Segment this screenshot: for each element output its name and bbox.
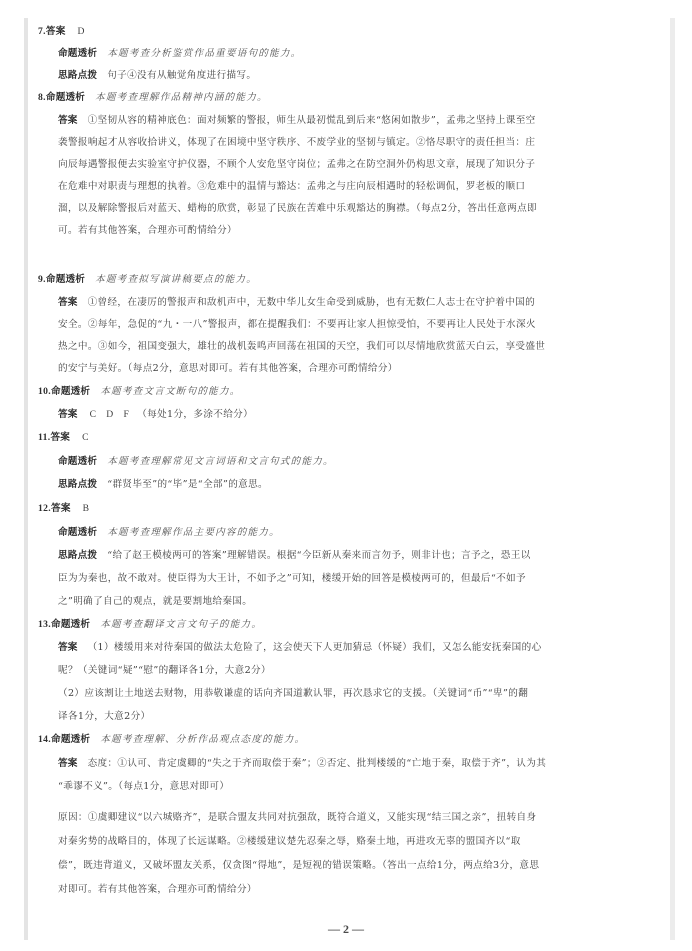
answer-text: ①曾经，在凄厉的警报声和敌机声中，无数中华儿女生命受到威胁，也有无数仁人志士在守…: [88, 297, 535, 308]
question-number: 13.: [38, 619, 51, 630]
reason-text-line: 对秦劣势的战略目的，体现了长远谋略。②楼缓建议楚先忍秦之辱，赂秦土地，再进攻无辜…: [58, 836, 521, 848]
answer-text-line: 呢？（关键词“疑”“慰”的翻译各1分，大意2分）: [58, 665, 271, 677]
q11-answer-line: 11.答案C: [38, 432, 89, 444]
answer-text-line: 的安宁与美好。（每点2分，意思对即可。若有其他答案，合理亦可酌情给分）: [58, 363, 398, 375]
hint-text-line: 臣为为秦也，故不敢对。使臣得为大王计，不如予之”可知，楼缓开始的回答是模棱两可的…: [58, 573, 526, 585]
hint-label: 思路点拨: [58, 70, 97, 81]
question-number: 9.: [38, 274, 46, 285]
analysis-text: 本题考查拟写演讲稿要点的能力。: [95, 274, 257, 285]
answer-text-line: “乖谬不义”。（每点1分，意思对即可）: [58, 781, 229, 793]
analysis-label: 命题透析: [58, 48, 97, 59]
answer-value: C: [82, 432, 89, 443]
analysis-label: 命题透析: [58, 527, 97, 538]
answer-text-line: 热之中。③如今，祖国变强大，雄壮的战机轰鸣声回荡在祖国的天空，我们可以尽情地欣赏…: [58, 341, 545, 353]
page-number: — 2 —: [0, 922, 692, 937]
q13-analysis-line: 13.命题透析本题考查翻译文言文句子的能力。: [38, 619, 262, 631]
q7-answer-line: 7.答案D: [38, 26, 85, 38]
analysis-label: 命题透析: [51, 386, 90, 397]
answer-label: 答案: [58, 409, 78, 420]
question-number: 11.: [38, 432, 51, 443]
analysis-text: 本题考查文言文断句的能力。: [100, 386, 240, 397]
answer-label: 答案: [58, 758, 78, 769]
q8-analysis-line: 8.命题透析本题考查理解作品精神内涵的能力。: [38, 92, 268, 104]
q12-answer-line: 12.答案B: [38, 503, 89, 515]
answer-text-line: 向辰每遇警报便去实验室守护仪器，不顾个人安危坚守岗位；孟弗之在防空洞外仍构思文章…: [58, 159, 535, 171]
q11-hint-line: 思路点拨“群贤毕至”的“毕”是“全部”的意思。: [58, 479, 268, 491]
answer-value: C D F: [90, 409, 130, 420]
answer-text: ①坚韧从容的精神底色：面对频繁的警报，师生从最初慌乱到后来“悠闲如散步”，孟弗之…: [88, 115, 536, 126]
q9-answer-line: 答案①曾经，在凄厉的警报声和敌机声中，无数中华儿女生命受到威胁，也有无数仁人志士…: [58, 297, 535, 309]
reason-text-line: 偿”，既违背道义，又破坏盟友关系，仅贪图“得地”，是短视的错误策略。（答出一点给…: [58, 860, 539, 872]
q11-analysis-line: 命题透析本题考查理解常见文言词语和文言句式的能力。: [58, 456, 334, 468]
analysis-label: 命题透析: [58, 456, 97, 467]
analysis-text: 本题考查翻译文言文句子的能力。: [100, 619, 262, 630]
q7-analysis-line: 命题透析本题考查分析鉴赏作品重要语句的能力。: [58, 48, 301, 60]
answer-label: 答案: [46, 26, 66, 37]
analysis-text: 本题考查理解、分析作品观点态度的能力。: [100, 734, 305, 745]
answer-text: 态度：①认可、肯定虞卿的“失之于齐而取偿于秦”；②否定、批判楼缓的“亡地于秦，取…: [88, 758, 547, 769]
q14-answer-line: 答案态度：①认可、肯定虞卿的“失之于齐而取偿于秦”；②否定、批判楼缓的“亡地于秦…: [58, 758, 546, 770]
answer-text-line: 译各1分，大意2分）: [58, 711, 150, 723]
answer-label: 答案: [58, 115, 78, 126]
q12-hint-line: 思路点拨“给了赵王模棱两可的答案”理解错误。根据“今臣新从秦来而言勿予，则非计也…: [58, 550, 531, 562]
analysis-label: 命题透析: [46, 274, 85, 285]
q9-analysis-line: 9.命题透析本题考查拟写演讲稿要点的能力。: [38, 274, 257, 286]
reason-text-line: 对即可。若有其他答案，合理亦可酌情给分）: [58, 884, 257, 896]
hint-text: 句子④没有从触觉角度进行描写。: [107, 70, 256, 81]
q12-analysis-line: 命题透析本题考查理解作品主要内容的能力。: [58, 527, 280, 539]
answer-label: 答案: [51, 432, 71, 443]
question-number: 10.: [38, 386, 51, 397]
answer-value: B: [83, 503, 90, 514]
answer-text: （1）楼缓用来对待秦国的做法太危险了，这会使天下人更加猜忌（怀疑）我们，又怎么能…: [88, 642, 542, 653]
analysis-text: 本题考查理解作品主要内容的能力。: [107, 527, 280, 538]
question-number: 12.: [38, 503, 51, 514]
hint-text: “群贤毕至”的“毕”是“全部”的意思。: [107, 479, 268, 490]
hint-label: 思路点拨: [58, 550, 97, 561]
q10-analysis-line: 10.命题透析本题考查文言文断句的能力。: [38, 386, 241, 398]
answer-text-line: （2）应该割让土地送去财物，用恭敬谦虚的话向齐国道歉认罪，再次恳求它的支援。（关…: [58, 688, 528, 700]
document-page: 7.答案D 命题透析本题考查分析鉴赏作品重要语句的能力。 思路点拨句子④没有从触…: [24, 18, 675, 940]
analysis-label: 命题透析: [46, 92, 85, 103]
question-number: 7.: [38, 26, 46, 37]
hint-label: 思路点拨: [58, 479, 97, 490]
answer-value: D: [78, 26, 85, 37]
analysis-label: 命题透析: [51, 734, 90, 745]
answer-label: 答案: [58, 642, 78, 653]
answer-text-line: 安全。②每年，急促的“九・一八”警报声，都在提醒我们：不要再让家人担惊受怕，不要…: [58, 319, 536, 331]
answer-note: （每处1分，多涂不给分）: [137, 409, 253, 420]
analysis-label: 命题透析: [51, 619, 90, 630]
question-number: 14.: [38, 734, 51, 745]
q13-answer-line: 答案（1）楼缓用来对待秦国的做法太危险了，这会使天下人更加猜忌（怀疑）我们，又怎…: [58, 642, 542, 654]
answer-text-line: 可。若有其他答案，合理亦可酌情给分）: [58, 225, 237, 237]
answer-text-line: 在危难中对职责与理想的执着。③危难中的温情与豁达：孟弗之与庄向辰相遇时的轻松调侃…: [58, 181, 525, 193]
answer-text-line: 袭警报响起才从容收拾讲义，体现了在困境中坚守秩序、不废学业的坚韧与镇定。②恪尽职…: [58, 137, 535, 149]
q7-hint-line: 思路点拨句子④没有从触觉角度进行描写。: [58, 70, 256, 82]
answer-label: 答案: [51, 503, 71, 514]
hint-text: “给了赵王模棱两可的答案”理解错误。根据“今臣新从秦来而言勿予，则非计也；言予之…: [107, 550, 530, 561]
question-number: 8.: [38, 92, 46, 103]
analysis-text: 本题考查分析鉴赏作品重要语句的能力。: [107, 48, 301, 59]
answer-label: 答案: [58, 297, 78, 308]
answer-text-line: 溜，以及解除警报后对蓝天、蜡梅的欣赏，彰显了民族在苦难中乐观豁达的胸襟。（每点2…: [58, 203, 537, 215]
q10-answer-line: 答案C D F（每处1分，多涂不给分）: [58, 409, 253, 421]
q8-answer-line: 答案①坚韧从容的精神底色：面对频繁的警报，师生从最初慌乱到后来“悠闲如散步”，孟…: [58, 115, 536, 127]
analysis-text: 本题考查理解作品精神内涵的能力。: [95, 92, 268, 103]
reason-text-line: 原因：①虞卿建议“以六城赂齐”，是联合盟友共同对抗强敌，既符合道义，又能实现“结…: [58, 812, 536, 824]
q14-analysis-line: 14.命题透析本题考查理解、分析作品观点态度的能力。: [38, 734, 305, 746]
hint-text-line: 之”明确了自己的观点，就是要割地给秦国。: [58, 596, 252, 608]
analysis-text: 本题考查理解常见文言词语和文言句式的能力。: [107, 456, 334, 467]
